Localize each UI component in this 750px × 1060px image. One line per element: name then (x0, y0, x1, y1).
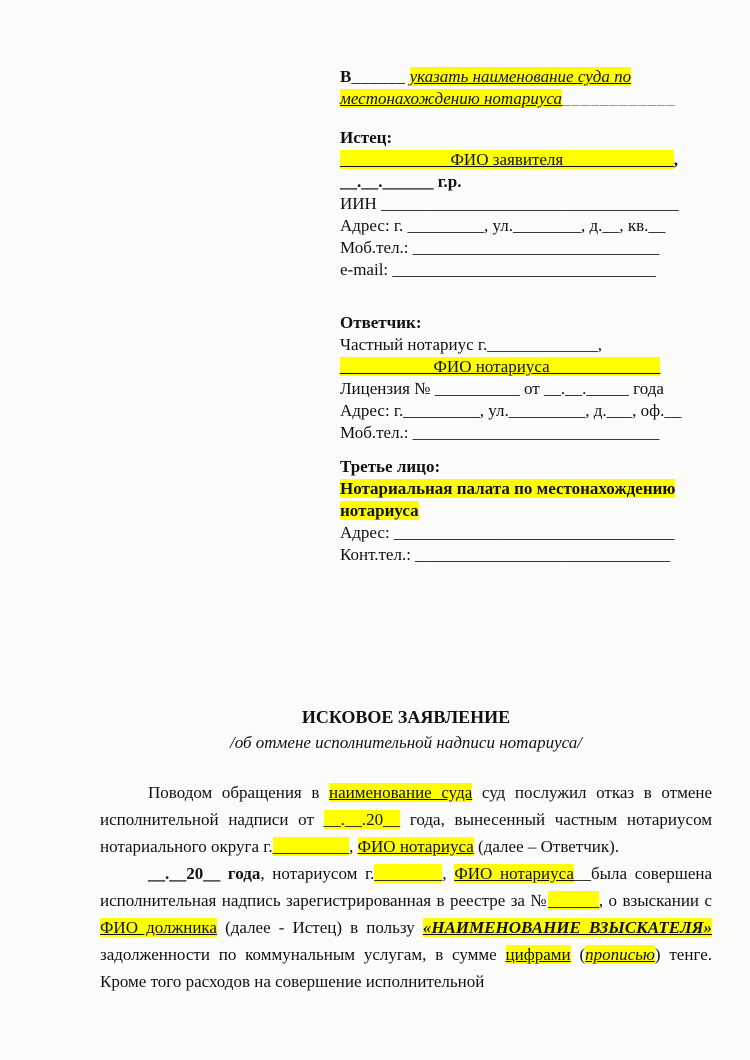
defendant-name-line: ___________ФИО нотариуса_____________ (340, 356, 712, 378)
court-name-placeholder: указать наименование суда по (410, 67, 632, 86)
court-line-2: местонахождению нотариуса____________ (340, 88, 712, 110)
blank-run: ___________ (340, 357, 434, 376)
document-body: Поводом обращения в наименование суда су… (100, 779, 712, 995)
third-party-org-line-1: Нотариальная палата по местонахождению (340, 478, 712, 500)
document-page: В______ указать наименование суда по мес… (0, 0, 750, 1060)
defendant-section: Ответчик: Частный нотариус г.___________… (340, 312, 712, 444)
text-run: (далее – Ответчик). (474, 837, 619, 856)
third-party-section: Третье лицо: Нотариальная палата по мест… (340, 456, 712, 566)
third-party-phone-line: Конт.тел.: _____________________________… (340, 544, 712, 566)
defendant-mobile-line: Моб.тел.: _____________________________ (340, 422, 712, 444)
court-prefix: В (340, 67, 351, 86)
third-party-org-line-2: нотариуса (340, 500, 712, 522)
text-run: , о взыскании с (599, 891, 712, 910)
third-party-label: Третье лицо: (340, 456, 712, 478)
plaintiff-name-placeholder: _____________ФИО заявителя_____________ (340, 150, 674, 169)
title-block: ИСКОВОЕ ЗАЯВЛЕНИЕ /об отмене исполнитель… (100, 704, 712, 756)
blank-run: _____________ (563, 150, 674, 169)
writ-date-field: __.__20__ года (148, 864, 260, 883)
amount-words-field: прописью (585, 945, 655, 964)
text-run: , (442, 864, 454, 883)
plaintiff-name-line: _____________ФИО заявителя_____________, (340, 149, 712, 171)
claimant-name-field: «НАИМЕНОВАНИЕ ВЗЫСКАТЕЛЯ» (423, 918, 712, 937)
document-subtitle: /об отмене исполнительной надписи нотари… (100, 730, 712, 756)
text-run: задолженности по коммунальным услугам, в… (100, 945, 506, 964)
comma: , (674, 150, 678, 169)
notary-chamber-placeholder-2: нотариуса (340, 501, 419, 520)
facts-paragraph: __.__20__ года, нотариусом г.________, Ф… (100, 860, 712, 995)
plaintiff-label: Истец: (340, 127, 712, 149)
defendant-license-line: Лицензия № __________ от __.__._____ год… (340, 378, 712, 400)
case-caption: В______ указать наименование суда по мес… (340, 66, 712, 566)
court-blank: ______ (351, 67, 405, 86)
plaintiff-fio: ФИО заявителя (451, 150, 564, 169)
text-run: , (349, 837, 358, 856)
registry-number-field: ______ (548, 891, 599, 910)
city-blank-field: _________ (273, 837, 350, 856)
defendant-address-line: Адрес: г._________, ул._________, д.___,… (340, 400, 712, 422)
intro-paragraph: Поводом обращения в наименование суда су… (100, 779, 712, 860)
debtor-name-field: ФИО должника (100, 918, 217, 937)
blank-run: _____________ (550, 357, 661, 376)
notary-name-field: ФИО нотариуса (358, 837, 474, 856)
plaintiff-dob-line: __.__.______ г.р. (340, 171, 712, 193)
plaintiff-mobile-line: Моб.тел.: _____________________________ (340, 237, 712, 259)
text-run: (далее - Истец) в пользу (217, 918, 423, 937)
defendant-fio: ФИО нотариуса (434, 357, 550, 376)
defendant-city-line: Частный нотариус г._____________, (340, 334, 712, 356)
plaintiff-iin-line: ИИН ___________________________________ (340, 193, 712, 215)
defendant-label: Ответчик: (340, 312, 712, 334)
plaintiff-section: Истец: _____________ФИО заявителя_______… (340, 127, 712, 281)
notary-chamber-placeholder: Нотариальная палата по местонахождению (340, 479, 675, 498)
court-name-placeholder-2: местонахождению нотариуса (340, 89, 562, 108)
court-name-field: наименование суда (329, 783, 472, 802)
document-title: ИСКОВОЕ ЗАЯВЛЕНИЕ (100, 704, 712, 730)
text-run: Поводом обращения в (148, 783, 329, 802)
text-run: , нотариусом г. (260, 864, 374, 883)
notary-name-placeholder: ___________ФИО нотариуса_____________ (340, 357, 660, 376)
plaintiff-email-line: e-mail: _______________________________ (340, 259, 712, 281)
plaintiff-address-line: Адрес: г. _________, ул.________, д.__, … (340, 215, 712, 237)
court-line-1: В______ указать наименование суда по (340, 66, 712, 88)
refusal-date-field: __.__.20__ (324, 810, 401, 829)
blank-run: _____________ (340, 150, 451, 169)
text-run: ( (571, 945, 585, 964)
city-blank-field: ________ (374, 864, 442, 883)
court-blank-tail: ____________ (562, 89, 676, 108)
third-party-address-line: Адрес: _________________________________ (340, 522, 712, 544)
amount-digits-field: цифрами (506, 945, 571, 964)
notary-name-field: ФИО нотариуса (454, 864, 574, 883)
